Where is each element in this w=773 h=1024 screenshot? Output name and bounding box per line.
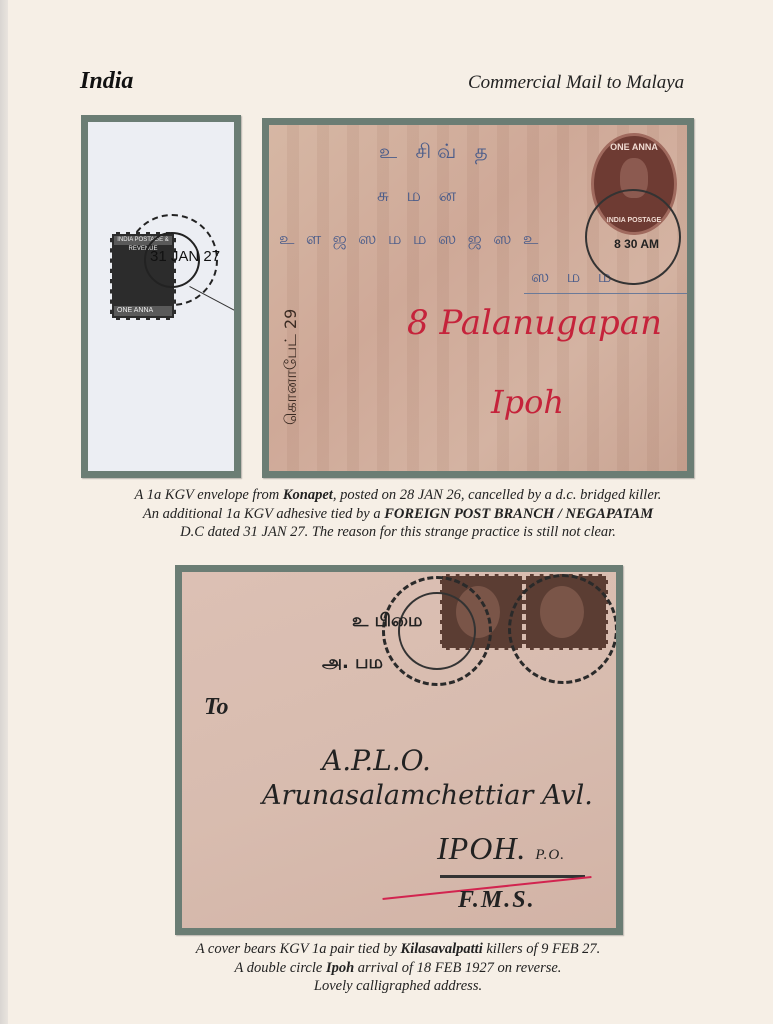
envelope-mount: உ சிவ் த சு ம ன உ ள ஜ ஸ ம ம ஸ ஜ ஸ உ ஸ ம … (262, 118, 694, 478)
page-edge-shadow (0, 0, 8, 1024)
red-address-line2: Ipoh (491, 383, 564, 421)
album-page: India Commercial Mail to Malaya INDIA PO… (8, 0, 773, 1024)
city-suffix: P.O. (535, 847, 565, 863)
destination-city: IPOH. P.O. (437, 830, 565, 867)
cover-mount: உ பிமை அ. பம To A.P.L.O. Arunasalamchett… (175, 565, 623, 935)
caption1-postmark-bold: FOREIGN POST BRANCH / NEGAPATAM (384, 506, 653, 522)
caption2-line2-text: A double circle (235, 960, 326, 976)
to-label: To (204, 694, 228, 721)
vertical-sender-note: கொனாபேட் 29 (281, 309, 302, 425)
caption1-origin-bold: Konapet (283, 487, 333, 503)
caption2-line3: Lovely calligraphed address. (78, 977, 718, 996)
stamp-piece: INDIA POSTAGE & REVENUE ONE ANNA 31 JAN … (88, 122, 234, 471)
indicia-top-label: ONE ANNA (594, 142, 674, 152)
tamil-inscription-3: உ ள ஜ ஸ ம ம ஸ ஜ ஸ உ (279, 229, 541, 251)
stamp-piece-mount: INDIA POSTAGE & REVENUE ONE ANNA 31 JAN … (81, 115, 241, 478)
caption2-arrival-bold: Ipoh (326, 960, 354, 976)
caption2-line2-rest: arrival of 18 FEB 1927 on reverse. (354, 960, 561, 976)
postmark-date: 31 JAN 27 (150, 248, 220, 265)
caption2-origin-bold: Kilasavalpatti (401, 941, 483, 957)
kilasavalpatti-postmark-right (508, 574, 616, 684)
caption1-line1-text: A 1a KGV envelope from (135, 487, 283, 503)
city-underline (440, 875, 585, 878)
caption1-line2-text: An additional 1a KGV adhesive tied by a (143, 506, 384, 522)
caption1-line1-rest: , posted on 28 JAN 26, cancelled by a d.… (333, 487, 662, 503)
postmark-bar (189, 286, 234, 315)
addressee-line1: A.P.L.O. (322, 744, 431, 777)
tamil-heading-1: உ பிமை (352, 610, 423, 633)
tamil-heading-2: அ. பம (322, 652, 383, 675)
caption-item-2: A cover bears KGV 1a pair tied by Kilasa… (78, 940, 718, 996)
caption-item-1: A 1a KGV envelope from Konapet, posted o… (68, 486, 728, 542)
destination-country: F.M.S. (458, 887, 536, 914)
city-name: IPOH. (437, 830, 526, 866)
page-title-subject: Commercial Mail to Malaya (468, 72, 684, 94)
caption2-line1-text: A cover bears KGV 1a pair tied by (196, 941, 401, 957)
addressee-line2: Arunasalamchettiar Avl. (262, 780, 593, 811)
tamil-inscription-2: சு ம ன (377, 185, 462, 208)
stamp-bottom-label: ONE ANNA (114, 306, 172, 316)
page-title-country: India (80, 68, 133, 95)
postmark-time: 8 30 AM (614, 237, 659, 251)
address-underline (524, 293, 687, 294)
konapet-envelope: உ சிவ் த சு ம ன உ ள ஜ ஸ ம ம ஸ ஜ ஸ உ ஸ ம … (269, 125, 687, 471)
caption1-line3: D.C dated 31 JAN 27. The reason for this… (68, 523, 728, 542)
tamil-inscription-1: உ சிவ் த (379, 139, 494, 166)
red-address-line1: 8 Palanugapan (407, 303, 662, 343)
kilasavalpatti-cover: உ பிமை அ. பம To A.P.L.O. Arunasalamchett… (182, 572, 616, 928)
caption2-line1-rest: killers of 9 FEB 27. (483, 941, 601, 957)
